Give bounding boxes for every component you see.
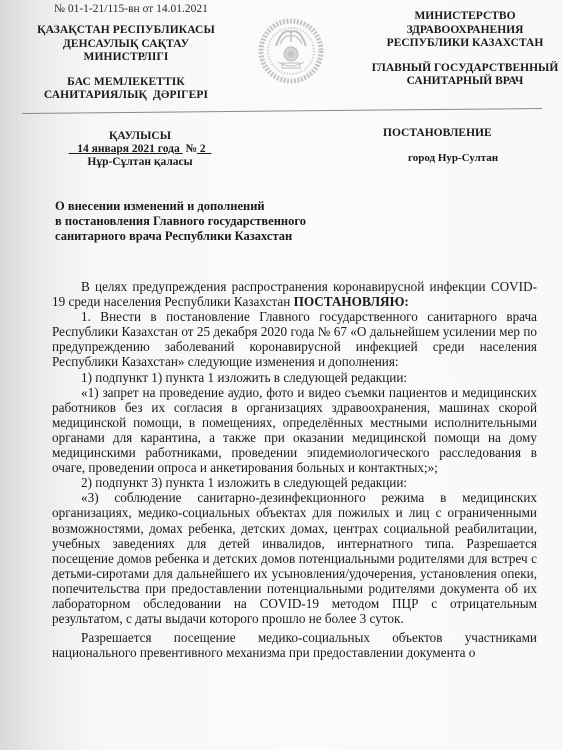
document-body: В целях предупреждения распространения к… xyxy=(52,279,537,660)
ministry-name-kz: ҚАЗАҚСТАН РЕСПУБЛИКАСЫ ДЕНСАУЛЫҚ САҚТАУ … xyxy=(26,24,226,65)
ministry-name-ru: МИНИСТЕРСТВО ЗДРАВООХРАНЕНИЯ РЕСПУБЛИКИ … xyxy=(370,10,560,51)
decree-number-label: № xyxy=(185,143,197,155)
item-1-paragraph: 1. Внести в постановление Главного госуд… xyxy=(52,309,537,369)
subitem-2-intro: 2) подпункт 3) пункта 1 изложить в следу… xyxy=(52,475,537,490)
official-title-kz: БАС МЕМЛЕКЕТТІК САНИТАРИЯЛЫҚ ДӘРІГЕРІ xyxy=(26,76,226,103)
state-emblem-icon xyxy=(258,18,324,84)
official-title-ru: ГЛАВНЫЙ ГОСУДАРСТВЕННЫЙ САНИТАРНЫЙ ВРАЧ xyxy=(370,62,560,89)
decree-date: 14 января 2021 года xyxy=(77,143,179,155)
subitem-2-text-continued: Разрешается посещение медико-социальных … xyxy=(52,630,537,660)
decree-city-kz: Нұр-Сұлтан қаласы xyxy=(40,156,240,169)
subitem-1-intro: 1) подпункт 1) пункта 1 изложить в следу… xyxy=(52,370,537,385)
decree-date-number: 14 января 2021 года № 2 xyxy=(40,143,240,156)
subitem-1-text: «1) запрет на проведение аудио, фото и в… xyxy=(52,385,537,476)
header-divider xyxy=(22,108,542,114)
document-title: О внесении изменений и дополнений в пост… xyxy=(55,199,375,244)
header-russian: МИНИСТЕРСТВО ЗДРАВООХРАНЕНИЯ РЕСПУБЛИКИ … xyxy=(370,10,560,89)
decree-city-ru: город Нур-Султан xyxy=(408,152,498,164)
decree-type-ru: ПОСТАНОВЛЕНИЕ xyxy=(383,127,492,139)
preamble-paragraph: В целях предупреждения распространения к… xyxy=(52,279,537,309)
subitem-2-text: «3) соблюдение санитарно-дезинфекционног… xyxy=(52,490,537,626)
document-page: № 01-1-21/115-вн от 14.01.2021 ҚАЗАҚСТАН… xyxy=(0,0,563,750)
decree-block-kz: ҚАУЛЫСЫ 14 января 2021 года № 2 Нұр-Сұлт… xyxy=(40,130,240,169)
decree-number: 2 xyxy=(200,143,206,155)
header-kazakh: ҚАЗАҚСТАН РЕСПУБЛИКАСЫ ДЕНСАУЛЫҚ САҚТАУ … xyxy=(26,24,226,103)
decree-type-kz: ҚАУЛЫСЫ xyxy=(40,130,240,143)
decree-keyword: ПОСТАНОВЛЯЮ: xyxy=(294,294,409,309)
registration-number: № 01-1-21/115-вн от 14.01.2021 xyxy=(54,3,208,15)
